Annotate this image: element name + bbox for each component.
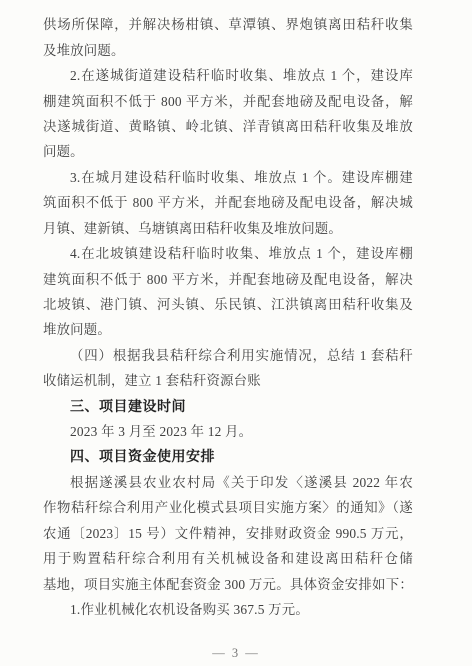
text-line: 月镇、建新镇、乌塘镇离田秸秆收集及堆放问题。 [43,216,413,241]
text-line: 决遂城街道、黄略镇、岭北镇、洋青镇离田秸秆收集及堆放 [43,114,413,139]
text-line: 根据遂溪县农业农村局《关于印发〈遂溪县 2022 年农 [43,470,413,495]
text-line: 棚建筑面积不低于 800 平方米，并配套地磅及配电设备，解 [43,89,413,114]
section-heading: 三、项目建设时间 [43,394,413,419]
text-line: 收储运机制，建立 1 套秸秆资源台账 [43,368,413,393]
text-line: 1.作业机械化农机设备购买 367.5 万元。 [43,597,413,622]
text-line: 及堆放问题。 [43,38,413,63]
text-line: 供场所保障，并解决杨柑镇、草潭镇、界炮镇离田秸秆收集 [43,12,413,37]
text-line: 用于购置秸秆综合利用有关机械设备和建设离田秸秆仓储 [43,546,413,571]
text-line: 2.在遂城街道建设秸秆临时收集、堆放点 1 个，建设库 [43,63,413,88]
text-line: 农通〔2023〕15 号）文件精神，安排财政资金 990.5 万元， [43,521,413,546]
text-line: 建筑面积不低于 800 平方米，并配套地磅及配电设备，解决 [43,267,413,292]
text-line: 作物秸秆综合利用产业化模式县项目实施方案〉的通知》（遂 [43,495,413,520]
text-line: 4.在北坡镇建设秸秆临时收集、堆放点 1 个，建设库棚 [43,241,413,266]
text-line: 基地，项目实施主体配套资金 300 万元。具体资金安排如下： [43,572,413,597]
text-line: 2023 年 3 月至 2023 年 12 月。 [43,419,413,444]
text-line: 问题。 [43,139,413,164]
text-line: 北坡镇、港门镇、河头镇、乐民镇、江洪镇离田秸秆收集及 [43,292,413,317]
text-line: （四）根据我县秸秆综合利用实施情况，总结 1 套秸秆 [43,343,413,368]
page-number: — 3 — [0,643,472,663]
text-line: 3.在城月建设秸秆临时收集、堆放点 1 个。建设库棚建 [43,165,413,190]
section-heading: 四、项目资金使用安排 [43,444,413,469]
document-page: 供场所保障，并解决杨柑镇、草潭镇、界炮镇离田秸秆收集及堆放问题。2.在遂城街道建… [0,0,472,666]
text-line: 堆放问题。 [43,317,413,342]
text-line: 筑面积不低于 800 平方米，并配套地磅及配电设备，解决城 [43,190,413,215]
body-text: 供场所保障，并解决杨柑镇、草潭镇、界炮镇离田秸秆收集及堆放问题。2.在遂城街道建… [43,12,413,622]
